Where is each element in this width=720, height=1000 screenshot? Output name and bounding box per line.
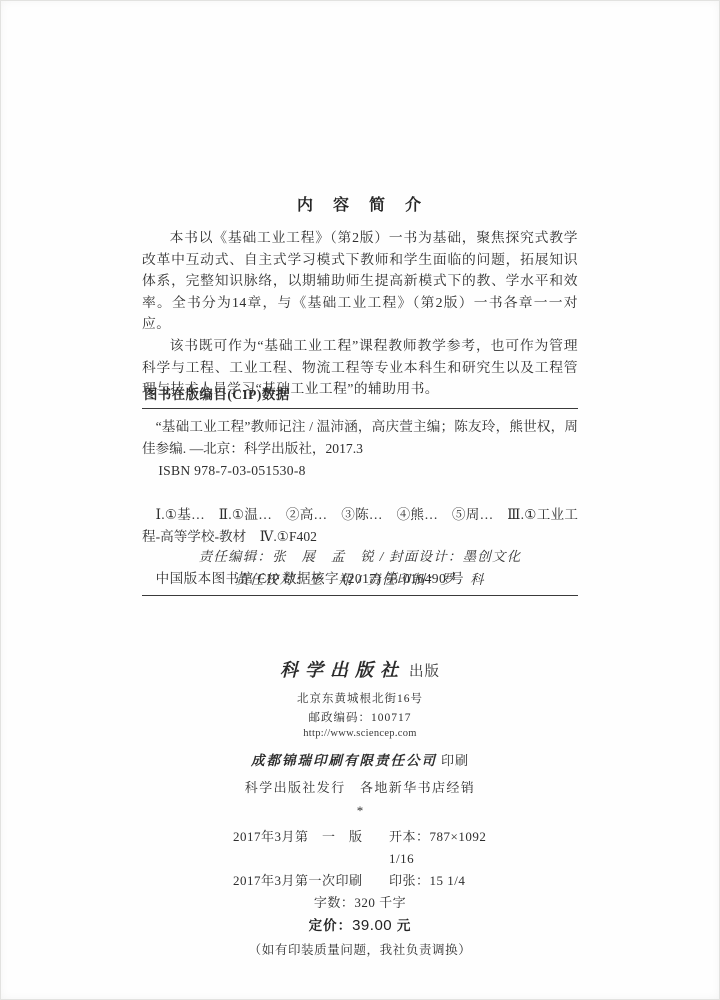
printing-details: 2017年3月第 一 版 开本：787×1092 1/16 2017年3月第一次…: [233, 826, 487, 892]
staff-line-editors: 责任编辑：张 展 孟 锐 / 封面设计：墨创文化: [0, 545, 720, 568]
copyright-page: 内 容 简 介 本书以《基础工业工程》（第2版）一书为基础，聚焦探究式教学改革中…: [0, 0, 720, 1000]
printer-name: 成都锦瑞印刷有限责任公司: [251, 753, 437, 768]
staff-line-proofreaders: 责任校对：王 翔 / 责任印制：罗 科: [0, 568, 720, 591]
publisher-suffix: 出版: [409, 664, 440, 680]
publisher-name-line: 科学出版社 出版: [0, 659, 720, 683]
price-unit: 元: [392, 918, 411, 933]
content-intro-section: 内 容 简 介 本书以《基础工业工程》（第2版）一书为基础，聚焦探究式教学改革中…: [142, 192, 578, 400]
cip-divider-top: [142, 408, 578, 409]
format-spec: 开本：787×1092 1/16: [389, 826, 487, 870]
cip-header: 图书在版编目(CIP)数据: [142, 384, 578, 403]
publisher-block: 科学出版社 出版 北京东黄城根北街16号 邮政编码：100717 http://…: [0, 659, 720, 958]
isbn-number: ISBN 978-7-03-051530-8: [142, 460, 578, 482]
publisher-address: 北京东黄城根北街16号: [0, 690, 720, 706]
staff-credits: 责任编辑：张 展 孟 锐 / 封面设计：墨创文化 责任校对：王 翔 / 责任印制…: [0, 545, 720, 591]
sheet-count: 印张：15 1/4: [389, 870, 487, 892]
distribution-line: 科学出版社发行 各地新华书店经销: [0, 777, 720, 796]
cip-classification: Ⅰ.①基… Ⅱ.①温… ②高… ③陈… ④熊… ⑤周… Ⅲ.①工业工程-高等学校…: [142, 504, 578, 548]
quality-exchange-note: （如有印装质量问题，我社负责调换）: [0, 940, 720, 958]
price-label: 定价：: [309, 918, 353, 933]
printer-suffix: 印刷: [441, 753, 469, 768]
edition-date: 2017年3月第 一 版: [233, 826, 389, 870]
intro-paragraph-1: 本书以《基础工业工程》（第2版）一书为基础，聚焦探究式教学改革中互动式、自主式学…: [142, 227, 578, 335]
intro-title: 内 容 简 介: [142, 192, 578, 215]
price-line: 定价：39.00 元: [0, 915, 720, 937]
separator-asterisk: *: [0, 803, 720, 819]
edition-row: 2017年3月第 一 版 开本：787×1092 1/16: [233, 826, 487, 870]
cip-entry: “基础工业工程”教师记注 / 温沛涵，高庆萱主编；陈友玲，熊世权，周佳参编. —…: [142, 416, 578, 460]
cip-divider-bottom: [142, 595, 578, 596]
publisher-url: http://www.sciencep.com: [0, 728, 720, 739]
printer-line: 成都锦瑞印刷有限责任公司 印刷: [0, 752, 720, 770]
publisher-postcode: 邮政编码：100717: [0, 709, 720, 725]
word-count: 字数：320 千字: [0, 892, 720, 914]
impression-date: 2017年3月第一次印刷: [233, 870, 389, 892]
impression-row: 2017年3月第一次印刷 印张：15 1/4: [233, 870, 487, 892]
price-value: 39.00: [352, 917, 392, 934]
publisher-logotype: 科学出版社: [280, 660, 405, 680]
